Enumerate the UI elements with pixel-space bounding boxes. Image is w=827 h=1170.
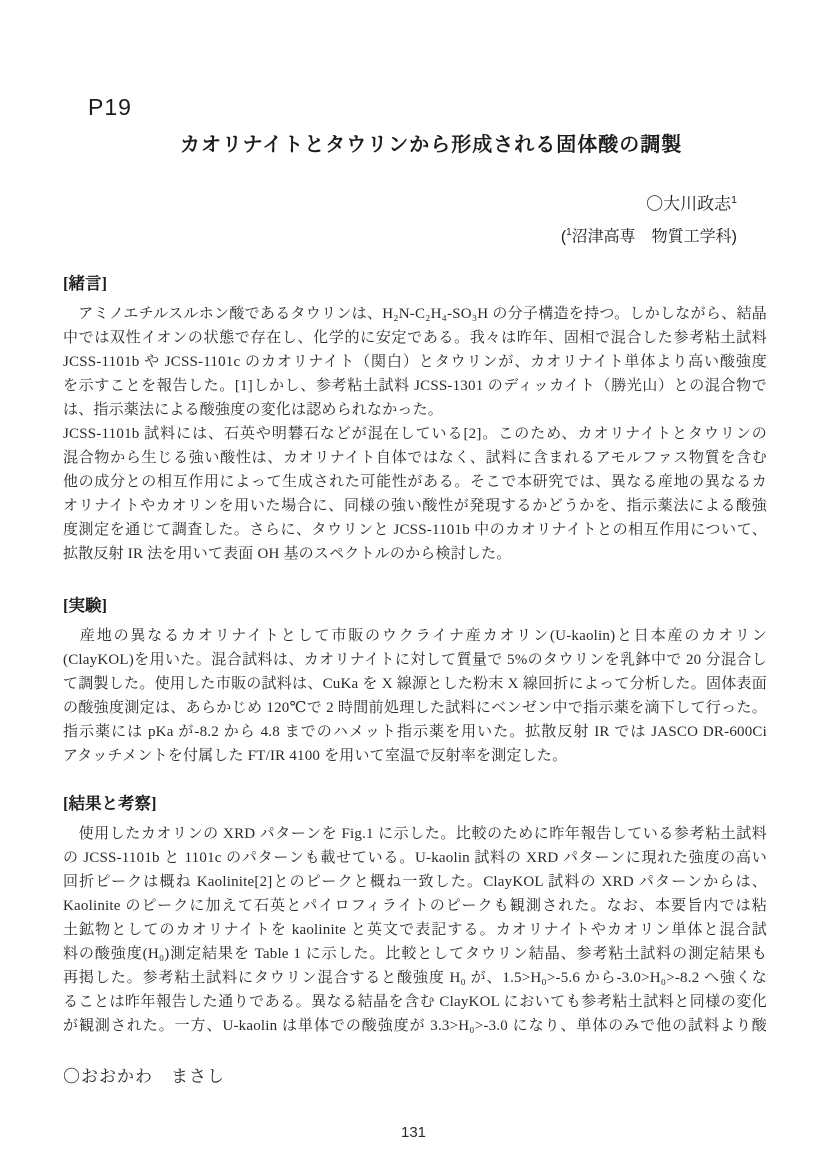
body-line: を示すことを報告した。[1]しかし、参考粘土試料 JCSS-1301 のディッカ…	[63, 374, 767, 398]
body-line: ることは昨年報告した通りである。異なる結晶を含む ClayKOL においても参考…	[63, 990, 767, 1014]
section-heading-experiment: [実験]	[63, 594, 767, 618]
section-experiment: [実験] 産地の異なるカオリナイトとして市販のウクライナ産カオリン(U-kaol…	[63, 594, 767, 768]
section-heading-introduction: [緒言]	[63, 272, 767, 296]
paper-title: カオリナイトとタウリンから形成される固体酸の調製	[180, 128, 682, 157]
body-line: の JCSS-1101b と 1101c のパターンも載せている。U-kaoli…	[63, 846, 767, 870]
section-results-discussion: [結果と考察] 使用したカオリンの XRD パターンを Fig.1 に示した。比…	[63, 792, 767, 1038]
body-line: 料の酸強度(H₀)測定結果を Table 1 に示した。比較としてタウリン結晶、…	[63, 942, 767, 966]
body-line: JCSS-1101b や JCSS-1101c のカオリナイト（関白）とタウリン…	[63, 350, 767, 374]
section-heading-results: [結果と考察]	[63, 792, 767, 816]
author-name: 〇大川政志	[646, 195, 731, 214]
body-line: て調製した。使用した市販の試料は、CuKa を X 線源とした粉末 X 線回折に…	[63, 672, 767, 696]
body-line: 中では双性イオンの状態で存在し、化学的に安定である。我々は昨年、固相で混合した参…	[63, 326, 767, 350]
section-introduction: [緒言] アミノエチルスルホン酸であるタウリンは、H₂N-C₂H₄-SO₃H の…	[63, 272, 767, 566]
body-line: の酸強度測定は、あらかじめ 120℃で 2 時間前処理した試料にベンゼン中で指示…	[63, 696, 767, 720]
body-line: Kaolinite のピークに加えて石英とパイロフィライトのピークも観測された。…	[63, 894, 767, 918]
body-line: 再掲した。参考粘土試料にタウリン混合すると酸強度 H₀ が、1.5>H₀>-5.…	[63, 966, 767, 990]
body-line: 拡散反射 IR 法を用いて表面 OH 基のスペクトルのから検討した。	[63, 542, 767, 566]
body-line: 混合物から生じる強い酸性は、カオリナイト自体ではなく、試料に含まれるアモルファス…	[63, 446, 767, 470]
body-line: アミノエチルスルホン酸であるタウリンは、H₂N-C₂H₄-SO₃H の分子構造を…	[63, 302, 767, 326]
body-line: 回折ピークは概ね Kaolinite[2]とのピークと概ね一致した。ClayKO…	[63, 870, 767, 894]
body-line: 土鉱物としてのカオリナイトを kaolinite と英文で表記する。カオリナイト…	[63, 918, 767, 942]
body-line: 使用したカオリンの XRD パターンを Fig.1 に示した。比較のために昨年報…	[63, 822, 767, 846]
body-line: アタッチメントを付属した FT/IR 4100 を用いて室温で反射率を測定した。	[63, 744, 767, 768]
body-line: 指示薬には pKa が-8.2 から 4.8 までのハメット指示薬を用いた。拡散…	[63, 720, 767, 744]
affiliation-line: (1沼津高専 物質工学科)	[561, 219, 737, 251]
author-block: 〇大川政志1 (1沼津高専 物質工学科)	[561, 186, 737, 251]
author-kana-line: 〇おおかわ まさし	[63, 1062, 225, 1087]
author-superscript: 1	[731, 194, 737, 206]
body-line: は、指示薬法による酸強度の変化は認められなかった。	[63, 398, 767, 422]
document-body: [緒言] アミノエチルスルホン酸であるタウリンは、H₂N-C₂H₄-SO₃H の…	[63, 272, 767, 1038]
body-line: JCSS-1101b 試料には、石英や明礬石などが混在している[2]。このため、…	[63, 422, 767, 446]
author-line: 〇大川政志1	[561, 186, 737, 219]
affiliation-text: 沼津高専 物質工学科)	[572, 228, 737, 245]
document-page: P19 カオリナイトとタウリンから形成される固体酸の調製 〇大川政志1 (1沼津…	[0, 0, 827, 1170]
page-number: 131	[0, 1124, 827, 1141]
body-line: (ClayKOL)を用いた。混合試料は、カオリナイトに対して質量で 5%のタウリ…	[63, 648, 767, 672]
paper-code: P19	[88, 94, 132, 121]
body-line: 他の成分との相互作用によって生成された可能性がある。そこで本研究では、異なる産地…	[63, 470, 767, 494]
body-line: が観測された。一方、U-kaolin は単体での酸強度が 3.3>H₀>-3.0…	[63, 1014, 767, 1038]
body-line: オリナイトやカオリンを用いた場合に、同様の強い酸性が発現するかどうかを、指示薬法…	[63, 494, 767, 518]
body-line: 度測定を通じて調査した。さらに、タウリンと JCSS-1101b 中のカオリナイ…	[63, 518, 767, 542]
body-line: 産地の異なるカオリナイトとして市販のウクライナ産カオリン(U-kaolin)と日…	[63, 624, 767, 648]
